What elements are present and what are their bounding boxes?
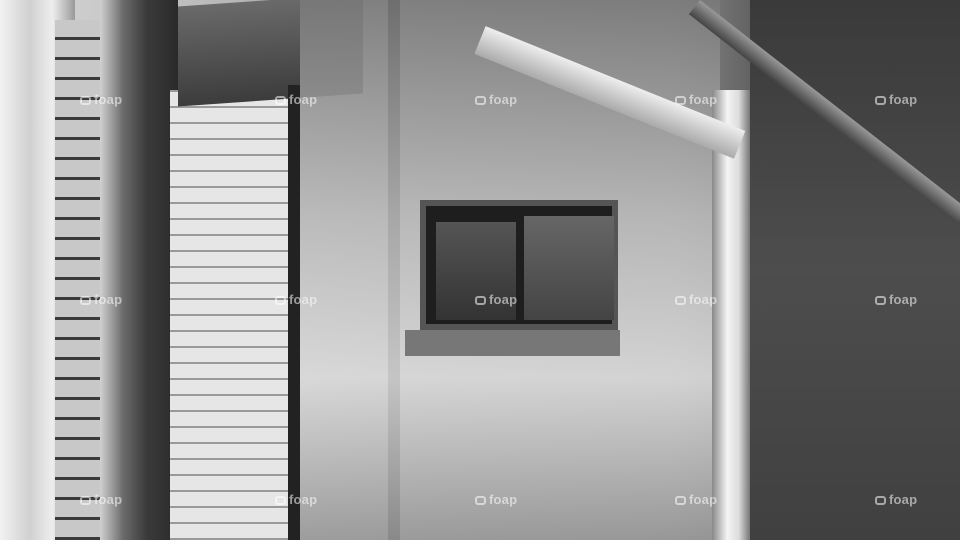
window-pane-right: [524, 216, 614, 320]
camera-icon: [475, 496, 486, 505]
watermark: foap: [675, 92, 717, 107]
camera-icon: [675, 296, 686, 305]
camera-icon: [675, 96, 686, 105]
watermark: foap: [475, 92, 517, 107]
wooden-post: [100, 0, 178, 540]
watermark: foap: [875, 492, 917, 507]
camera-icon: [80, 496, 91, 505]
watermark: foap: [675, 492, 717, 507]
brick-wall: [170, 90, 290, 540]
camera-icon: [675, 496, 686, 505]
camera-icon: [275, 496, 286, 505]
watermark: foap: [80, 492, 122, 507]
watermark: foap: [875, 292, 917, 307]
pipe-left: [288, 85, 300, 540]
watermark: foap: [80, 92, 122, 107]
photo: foap foap foap foap foap foap foap foap …: [0, 0, 960, 540]
camera-icon: [875, 296, 886, 305]
watermark: foap: [275, 92, 317, 107]
camera-icon: [275, 96, 286, 105]
watermark: foap: [275, 492, 317, 507]
watermark: foap: [475, 492, 517, 507]
watermark: foap: [675, 292, 717, 307]
camera-icon: [875, 496, 886, 505]
window-sill: [405, 330, 620, 356]
camera-icon: [475, 296, 486, 305]
camera-icon: [875, 96, 886, 105]
camera-icon: [80, 296, 91, 305]
camera-icon: [275, 296, 286, 305]
watermark: foap: [875, 92, 917, 107]
camera-icon: [475, 96, 486, 105]
watermark: foap: [80, 292, 122, 307]
watermark: foap: [475, 292, 517, 307]
camera-icon: [80, 96, 91, 105]
watermark: foap: [275, 292, 317, 307]
